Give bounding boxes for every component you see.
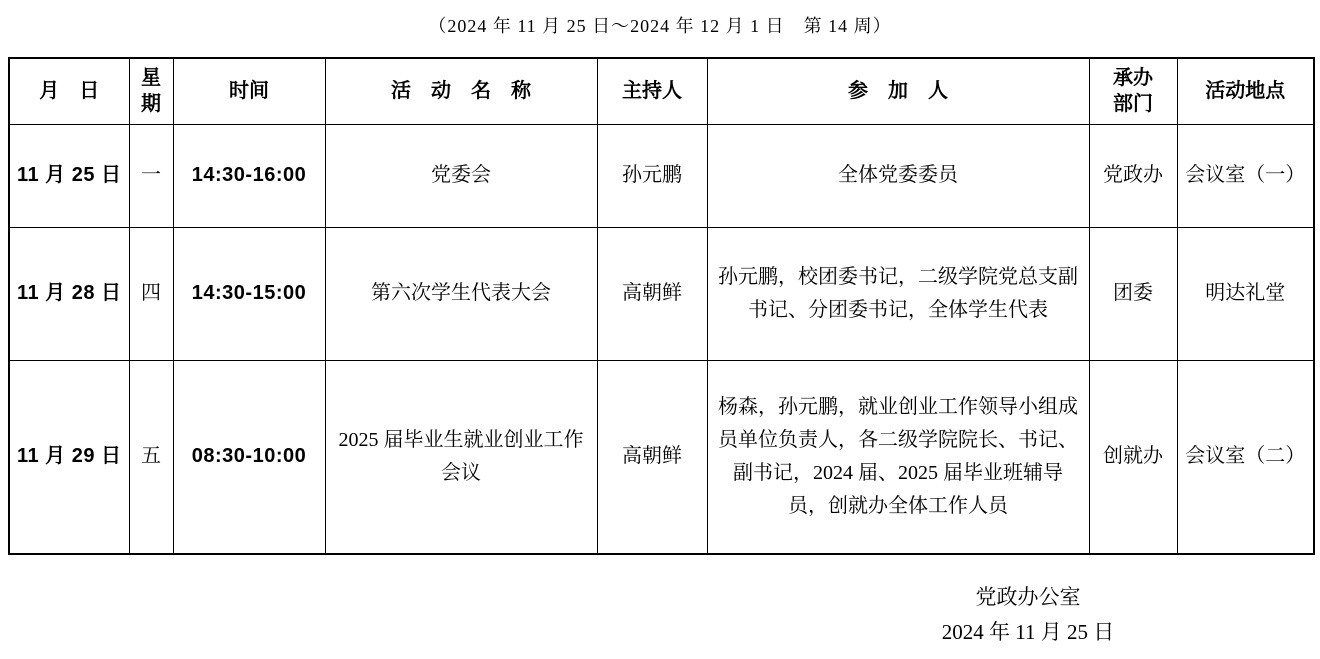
- date-cell: 11 月 28 日: [9, 227, 129, 360]
- signature-department: 党政办公室: [855, 580, 1201, 615]
- header-row: 月 日 星 期 时间 活 动 名 称 主持人 参 加 人 承办 部门 活动地点: [9, 58, 1314, 124]
- header-host: 主持人: [597, 58, 707, 124]
- date-cell: 11 月 25 日: [9, 124, 129, 227]
- location-cell: 会议室（一）: [1177, 124, 1314, 227]
- time-cell: 14:30-16:00: [173, 124, 325, 227]
- department-cell: 团委: [1089, 227, 1177, 360]
- table-row: 11 月 28 日 四 14:30-15:00 第六次学生代表大会 高朝鲜 孙元…: [9, 227, 1314, 360]
- department-cell: 创就办: [1089, 360, 1177, 554]
- header-participants: 参 加 人: [707, 58, 1089, 124]
- header-date: 月 日: [9, 58, 129, 124]
- schedule-title: （2024 年 11 月 25 日～2024 年 12 月 1 日 第 14 周…: [0, 12, 1320, 38]
- location-cell: 明达礼堂: [1177, 227, 1314, 360]
- signature-date: 2024 年 11 月 25 日: [855, 615, 1201, 650]
- table-row: 11 月 29 日 五 08:30-10:00 2025 届毕业生就业创业工作会…: [9, 360, 1314, 554]
- department-cell: 党政办: [1089, 124, 1177, 227]
- location-cell: 会议室（二）: [1177, 360, 1314, 554]
- signature-block: 党政办公室 2024 年 11 月 25 日: [855, 580, 1201, 650]
- weekday-cell: 一: [129, 124, 173, 227]
- table-row: 11 月 25 日 一 14:30-16:00 党委会 孙元鹏 全体党委委员 党…: [9, 124, 1314, 227]
- host-cell: 高朝鲜: [597, 227, 707, 360]
- schedule-table: 月 日 星 期 时间 活 动 名 称 主持人 参 加 人 承办 部门 活动地点 …: [8, 57, 1315, 555]
- participants-cell: 全体党委委员: [707, 124, 1089, 227]
- activity-cell: 2025 届毕业生就业创业工作会议: [325, 360, 597, 554]
- host-cell: 高朝鲜: [597, 360, 707, 554]
- participants-cell: 杨森，孙元鹏，就业创业工作领导小组成员单位负责人，各二级学院院长、书记、副书记，…: [707, 360, 1089, 554]
- activity-cell: 党委会: [325, 124, 597, 227]
- weekday-cell: 五: [129, 360, 173, 554]
- weekday-cell: 四: [129, 227, 173, 360]
- host-cell: 孙元鹏: [597, 124, 707, 227]
- date-cell: 11 月 29 日: [9, 360, 129, 554]
- participants-cell: 孙元鹏，校团委书记，二级学院党总支副书记、分团委书记，全体学生代表: [707, 227, 1089, 360]
- activity-cell: 第六次学生代表大会: [325, 227, 597, 360]
- header-weekday: 星 期: [129, 58, 173, 124]
- time-cell: 14:30-15:00: [173, 227, 325, 360]
- header-time: 时间: [173, 58, 325, 124]
- header-location: 活动地点: [1177, 58, 1314, 124]
- time-cell: 08:30-10:00: [173, 360, 325, 554]
- document-page: （2024 年 11 月 25 日～2024 年 12 月 1 日 第 14 周…: [0, 0, 1320, 659]
- header-department: 承办 部门: [1089, 58, 1177, 124]
- header-activity: 活 动 名 称: [325, 58, 597, 124]
